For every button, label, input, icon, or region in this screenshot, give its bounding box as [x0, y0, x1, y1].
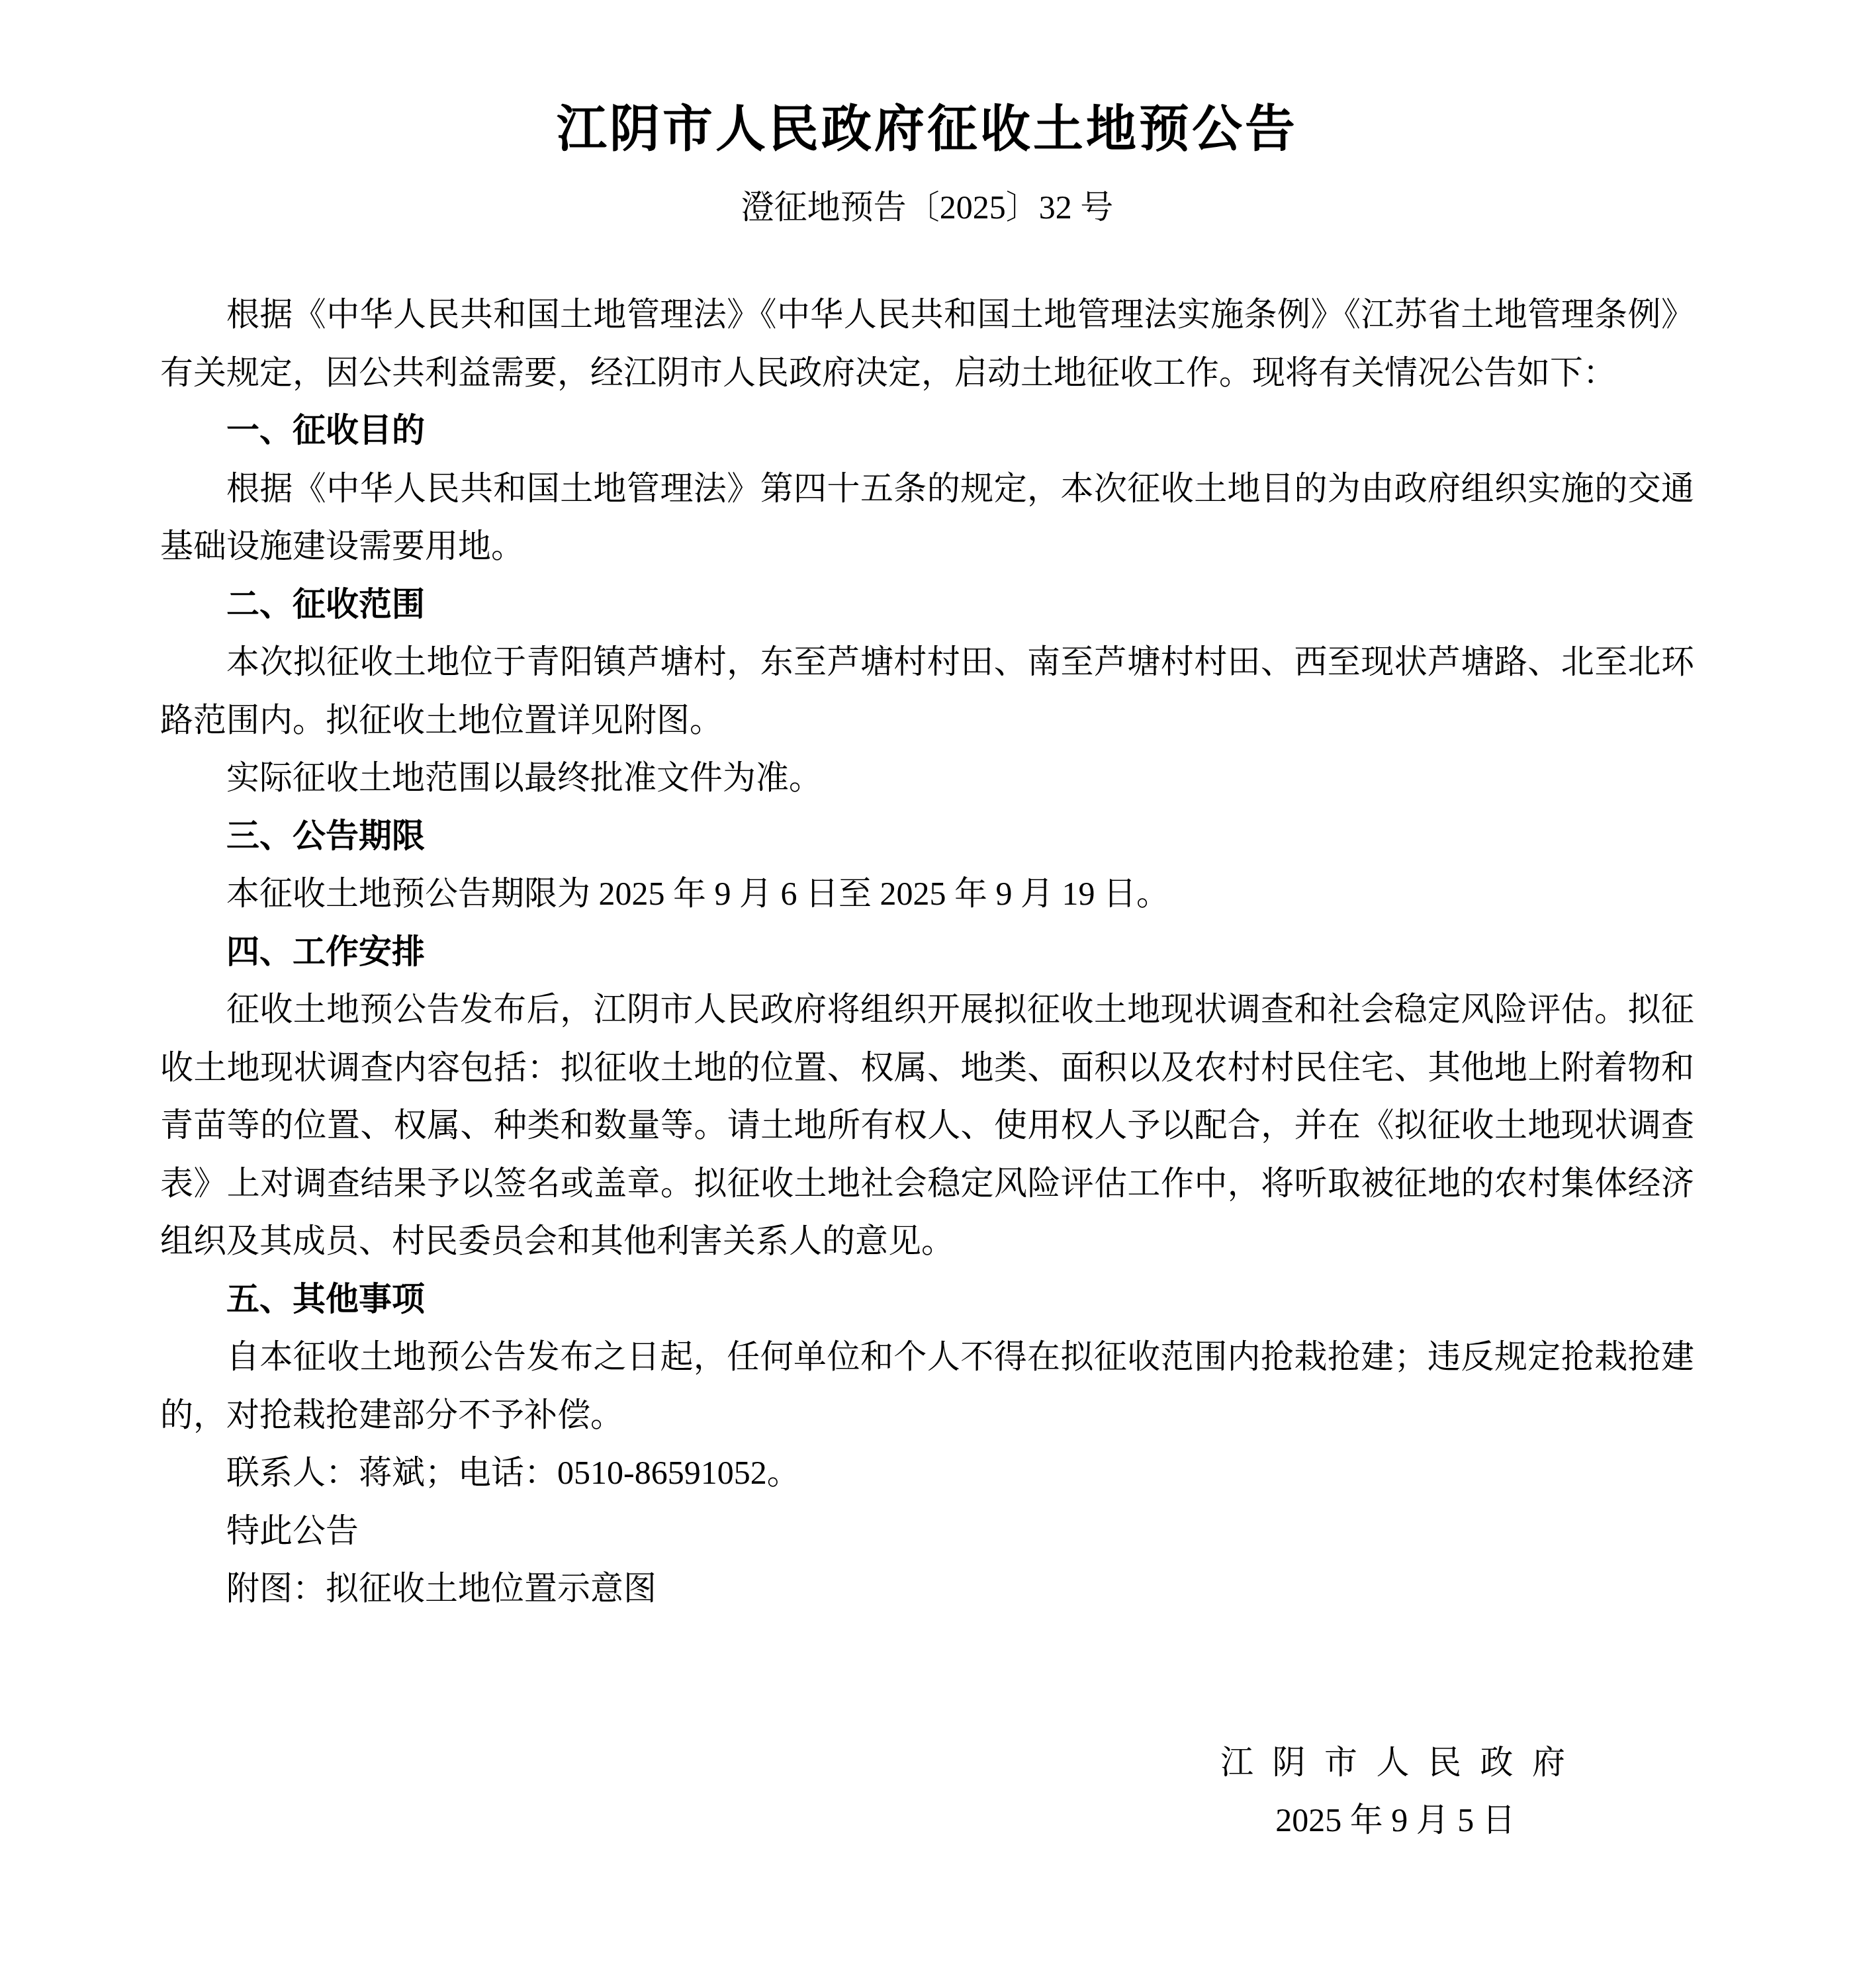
closing-paragraph: 特此公告 [160, 1502, 1694, 1560]
section-heading-3: 三、公告期限 [160, 807, 1694, 866]
document-body: 根据《中华人民共和国土地管理法》《中华人民共和国土地管理法实施条例》《江苏省土地… [160, 286, 1694, 1618]
signature-date: 2025 年 9 月 5 日 [1275, 1791, 1516, 1850]
section-heading-2: 二、征收范围 [160, 576, 1694, 634]
contact-paragraph: 联系人：蒋斌；电话：0510-86591052。 [160, 1444, 1694, 1502]
signature-issuer: 江 阴 市 人 民 政 府 [1220, 1734, 1570, 1792]
section-5-paragraph: 自本征收土地预公告发布之日起，任何单位和个人不得在拟征收范围内抢栽抢建；违反规定… [160, 1328, 1694, 1444]
section-1-paragraph: 根据《中华人民共和国土地管理法》第四十五条的规定，本次征收土地目的为由政府组织实… [160, 460, 1694, 576]
section-2-paragraph-1: 本次拟征收土地位于青阳镇芦塘村，东至芦塘村村田、南至芦塘村村田、西至现状芦塘路、… [160, 633, 1694, 749]
section-4-paragraph: 征收土地预公告发布后，江阴市人民政府将组织开展拟征收土地现状调查和社会稳定风险评… [160, 981, 1694, 1271]
section-heading-1: 一、征收目的 [160, 402, 1694, 460]
signature-block: 江 阴 市 人 民 政 府 2025 年 9 月 5 日 [1220, 1734, 1570, 1850]
document-page: 江阴市人民政府征收土地预公告 澄征地预告〔2025〕32 号 根据《中华人民共和… [0, 0, 1857, 1988]
attachment-paragraph: 附图：拟征收土地位置示意图 [160, 1560, 1694, 1618]
intro-paragraph: 根据《中华人民共和国土地管理法》《中华人民共和国土地管理法实施条例》《江苏省土地… [160, 286, 1694, 402]
document-number: 澄征地预告〔2025〕32 号 [160, 187, 1694, 228]
section-3-paragraph: 本征收土地预公告期限为 2025 年 9 月 6 日至 2025 年 9 月 1… [160, 865, 1694, 923]
section-2-paragraph-2: 实际征收土地范围以最终批准文件为准。 [160, 749, 1694, 807]
section-heading-5: 五、其他事项 [160, 1271, 1694, 1329]
document-title: 江阴市人民政府征收土地预公告 [160, 93, 1694, 167]
section-heading-4: 四、工作安排 [160, 923, 1694, 981]
